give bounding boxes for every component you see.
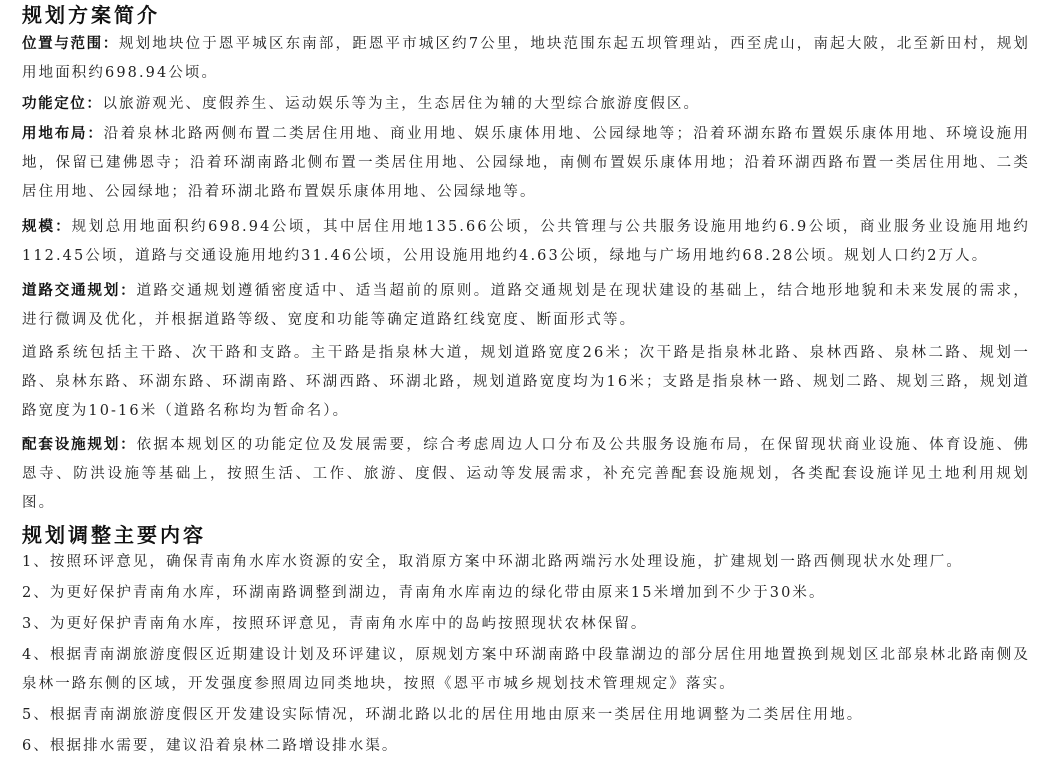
paragraph-text: 道路系统包括主干路、次干路和支路。主干路是指泉林大道，规划道路宽度26米；次干路… [22, 345, 1030, 419]
list-item: 1、按照环评意见，确保青南角水库水资源的安全，取消原方案中环湖北路两端污水处理设… [22, 548, 1030, 577]
section-title-plan-overview: 规划方案简介 [22, 2, 160, 28]
list-item: 6、根据排水需要，建议沿着泉林二路增设排水渠。 [22, 732, 1030, 760]
list-item: 3、为更好保护青南角水库，按照环评意见，青南角水库中的岛屿按照现状农林保留。 [22, 610, 1030, 639]
paragraph-function-positioning: 功能定位：以旅游观光、度假养生、运动娱乐等为主，生态居住为辅的大型综合旅游度假区… [22, 90, 1030, 119]
section-title-adjustments: 规划调整主要内容 [22, 522, 206, 548]
paragraph-label: 道路交通规划： [22, 283, 137, 299]
paragraph-label: 位置与范围： [22, 36, 119, 52]
paragraph-label: 规模： [22, 219, 72, 235]
paragraph-road-system: 道路系统包括主干路、次干路和支路。主干路是指泉林大道，规划道路宽度26米；次干路… [22, 339, 1030, 426]
list-item: 5、根据青南湖旅游度假区开发建设实际情况，环湖北路以北的居住用地由原来一类居住用… [22, 701, 1030, 730]
paragraph-road-traffic-planning: 道路交通规划：道路交通规划遵循密度适中、适当超前的原则。道路交通规划是在现状建设… [22, 277, 1030, 335]
paragraph-text: 规划地块位于恩平城区东南部，距恩平市城区约7公里，地块范围东起五坝管理站，西至虎… [22, 36, 1030, 81]
document-page: 规划方案简介 位置与范围：规划地块位于恩平城区东南部，距恩平市城区约7公里，地块… [0, 0, 1053, 760]
paragraph-text: 道路交通规划遵循密度适中、适当超前的原则。道路交通规划是在现状建设的基础上，结合… [22, 283, 1030, 328]
paragraph-supporting-facilities: 配套设施规划：依据本规划区的功能定位及发展需要，综合考虑周边人口分布及公共服务设… [22, 431, 1030, 518]
paragraph-label: 配套设施规划： [22, 437, 137, 453]
list-item: 4、根据青南湖旅游度假区近期建设计划及环评建议，原规划方案中环湖南路中段靠湖边的… [22, 641, 1030, 699]
paragraph-text: 以旅游观光、度假养生、运动娱乐等为主，生态居住为辅的大型综合旅游度假区。 [103, 96, 701, 112]
paragraph-label: 功能定位： [22, 96, 103, 112]
paragraph-text: 依据本规划区的功能定位及发展需要，综合考虑周边人口分布及公共服务设施布局，在保留… [22, 437, 1030, 511]
paragraph-label: 用地布局： [22, 126, 104, 142]
paragraph-text: 沿着泉林北路两侧布置二类居住用地、商业用地、娱乐康体用地、公园绿地等；沿着环湖东… [22, 126, 1030, 200]
paragraph-land-layout: 用地布局：沿着泉林北路两侧布置二类居住用地、商业用地、娱乐康体用地、公园绿地等；… [22, 120, 1030, 207]
paragraph-text: 规划总用地面积约698.94公顷，其中居住用地135.66公顷，公共管理与公共服… [22, 219, 1030, 264]
paragraph-scale: 规模：规划总用地面积约698.94公顷，其中居住用地135.66公顷，公共管理与… [22, 213, 1030, 271]
list-item: 2、为更好保护青南角水库，环湖南路调整到湖边，青南角水库南边的绿化带由原来15米… [22, 579, 1030, 608]
paragraph-location-scope: 位置与范围：规划地块位于恩平城区东南部，距恩平市城区约7公里，地块范围东起五坝管… [22, 30, 1030, 88]
adjustment-list: 1、按照环评意见，确保青南角水库水资源的安全，取消原方案中环湖北路两端污水处理设… [22, 548, 1030, 760]
